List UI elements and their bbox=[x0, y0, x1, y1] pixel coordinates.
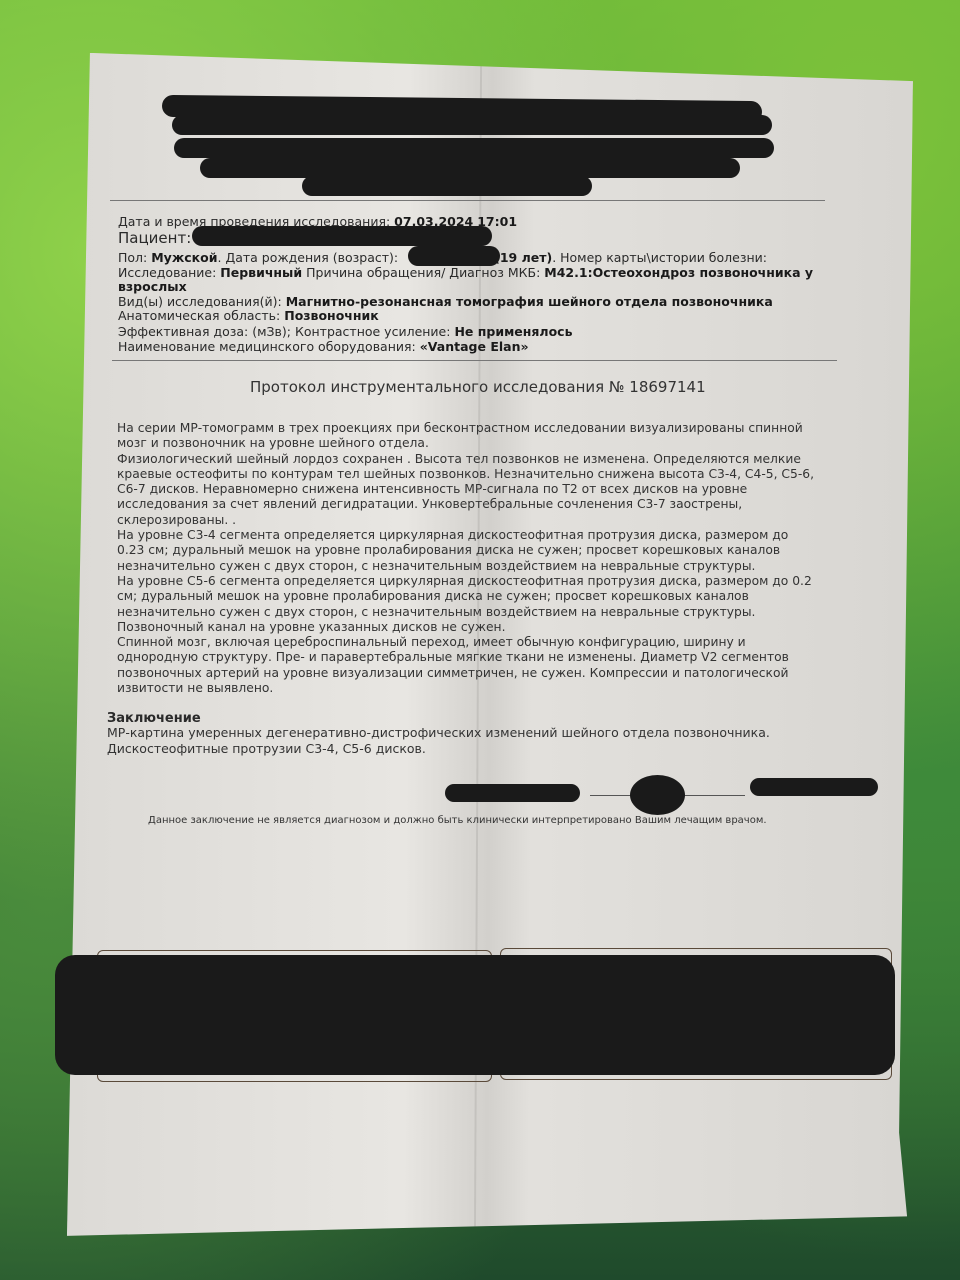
area-value: Позвоночник bbox=[284, 308, 379, 323]
reason-value-cont: взрослых bbox=[118, 279, 187, 294]
conclusion-line-1: МР-картина умеренных дегенеративно-дистр… bbox=[107, 725, 770, 741]
conclusion-line-2: Дискостеофитные протрузии С3-4, С5-6 дис… bbox=[107, 741, 770, 757]
type-label: Вид(ы) исследования(й): bbox=[118, 294, 282, 309]
age-value: (19 лет) bbox=[494, 250, 552, 265]
disclaimer: Данное заключение не является диагнозом … bbox=[148, 815, 767, 826]
type-value: Магнитно-резонансная томография шейного … bbox=[286, 294, 773, 309]
findings-line: незначительно сужен с двух сторон, с нез… bbox=[117, 605, 837, 620]
reason-value: М42.1:Остеохондроз позвоночника у bbox=[544, 265, 813, 280]
findings-line: исследования за счет явлений дегидратаци… bbox=[117, 497, 837, 512]
conclusion-text: МР-картина умеренных дегенеративно-дистр… bbox=[107, 725, 770, 757]
dose-label: Эффективная доза: (мЗв); Контрастное уси… bbox=[118, 324, 450, 339]
findings-line: Спинной мозг, включая цереброспинальный … bbox=[117, 635, 837, 650]
redaction-header-3 bbox=[174, 138, 774, 158]
findings-line: На уровне С3-4 сегмента определяется цир… bbox=[117, 528, 837, 543]
card-label: . Номер карты\истории болезни: bbox=[552, 250, 767, 265]
header-divider bbox=[110, 200, 825, 201]
equipment-label: Наименование медицинского оборудования: bbox=[118, 339, 416, 354]
anatomic-area-row: Анатомическая область: Позвоночник bbox=[118, 308, 379, 324]
findings-line: незначительно сужен с двух сторон, с нез… bbox=[117, 559, 837, 574]
dob-label: . Дата рождения (возраст): bbox=[218, 250, 399, 265]
reason-continuation: взрослых bbox=[118, 279, 187, 295]
sex-label: Пол: bbox=[118, 250, 147, 265]
findings-line: мозг и позвоночник на уровне шейного отд… bbox=[117, 436, 837, 451]
conclusion-heading: Заключение bbox=[107, 711, 201, 726]
findings-line: позвоночных артерий на уровне визуализац… bbox=[117, 666, 837, 681]
study-label: Исследование: bbox=[118, 265, 216, 280]
findings-line: склерозированы. . bbox=[117, 513, 837, 528]
findings-line: 0.23 см; дуральный мешок на уровне прола… bbox=[117, 543, 837, 558]
redaction-signature-mark bbox=[630, 775, 685, 815]
equipment-row: Наименование медицинского оборудования: … bbox=[118, 339, 529, 355]
area-label: Анатомическая область: bbox=[118, 308, 280, 323]
findings-line: извитости не выявлено. bbox=[117, 681, 837, 696]
findings-line: см; дуральный мешок на уровне пролабиров… bbox=[117, 589, 837, 604]
redaction-header-5 bbox=[302, 176, 592, 196]
redaction-stamp bbox=[55, 955, 895, 1075]
redaction-patient-name bbox=[192, 226, 492, 246]
study-reason-row: Исследование: Первичный Причина обращени… bbox=[118, 265, 813, 281]
study-value: Первичный bbox=[220, 265, 302, 280]
findings-text: На серии МР-томограмм в трех проекциях п… bbox=[117, 421, 837, 696]
findings-line: На серии МР-томограмм в трех проекциях п… bbox=[117, 421, 837, 436]
reason-label: Причина обращения/ Диагноз МКБ: bbox=[306, 265, 540, 280]
redaction-dob bbox=[408, 246, 500, 266]
findings-line: краевые остеофиты по контурам тел шейных… bbox=[117, 467, 837, 482]
redaction-header-4 bbox=[200, 158, 740, 178]
patient-label: Пациент: bbox=[118, 229, 191, 247]
redaction-signature-right bbox=[750, 778, 878, 796]
findings-line: На уровне С5-6 сегмента определяется цир… bbox=[117, 574, 837, 589]
findings-line: Позвоночный канал на уровне указанных ди… bbox=[117, 620, 837, 635]
contrast-value: Не применялось bbox=[454, 324, 572, 339]
findings-line: Физиологический шейный лордоз сохранен .… bbox=[117, 452, 837, 467]
sex-value: Мужской bbox=[151, 250, 217, 265]
redaction-header-2 bbox=[172, 115, 772, 135]
findings-line: С6-7 дисков. Неравномерно снижена интенс… bbox=[117, 482, 837, 497]
findings-line: однородную структуру. Пре- и паравертебр… bbox=[117, 650, 837, 665]
equipment-value: «Vantage Elan» bbox=[420, 339, 529, 354]
redaction-signature-left bbox=[445, 784, 580, 802]
patient-row: Пациент: bbox=[118, 230, 191, 246]
fields-divider bbox=[112, 360, 837, 361]
protocol-title: Протокол инструментального исследования … bbox=[250, 378, 706, 396]
dose-row: Эффективная доза: (мЗв); Контрастное уси… bbox=[118, 324, 573, 340]
